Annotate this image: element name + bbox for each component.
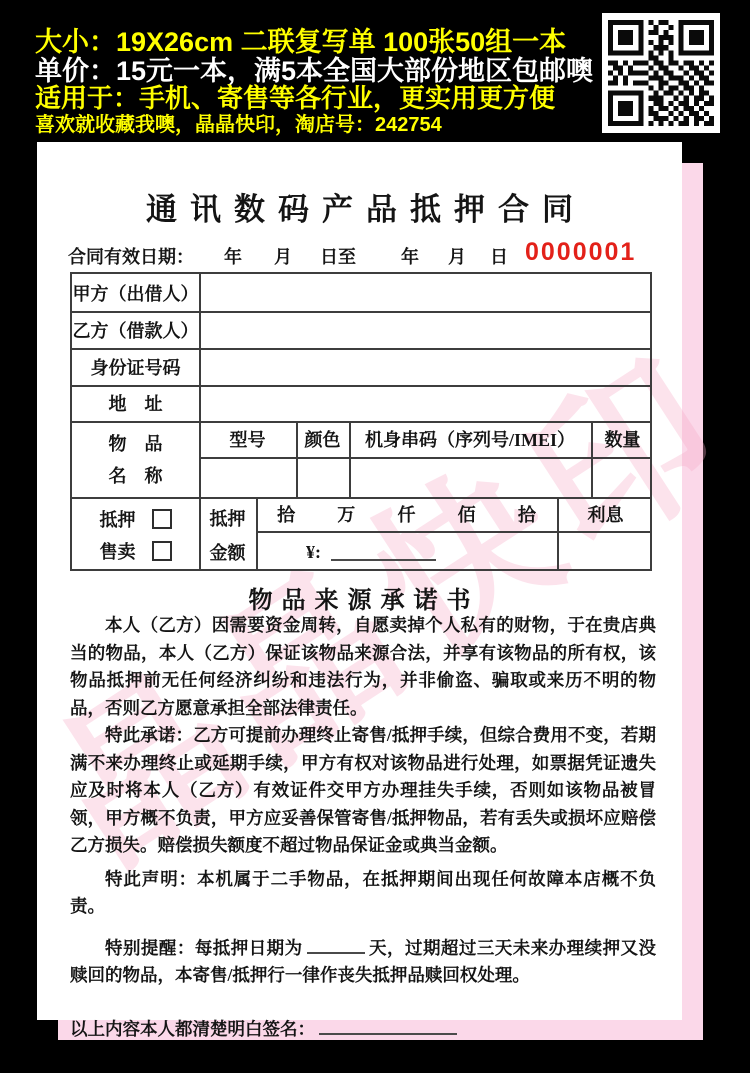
label-pledge-amount: 抵押 金额 (199, 497, 256, 573)
field-party-a (199, 274, 654, 311)
amount-label-line1: 抵押 (210, 505, 246, 531)
option-sell-label: 售卖 (100, 538, 136, 564)
date-month-1: 月 (274, 243, 292, 269)
signature-row: 以上内容本人都清楚明白签名： (70, 1016, 656, 1044)
interest-header: 利息 (557, 497, 654, 531)
statement-paragraph-2: 特此承诺：乙方可提前办理终止寄售/抵押手续，但综合费用不变，若期满不来办理终止或… (70, 722, 656, 860)
date-day-to: 日至 (320, 243, 356, 269)
label-id-number: 身份证号码 (72, 348, 199, 385)
option-sell: 售卖 (100, 538, 172, 564)
field-address (199, 385, 654, 421)
page: 大小：19X26cm 二联复写单 100张50组一本 单价：15元一本，满5本全… (0, 0, 750, 1073)
digit-tens-of-wan: 拾 (277, 501, 295, 527)
date-year-2: 年 (401, 243, 419, 269)
option-pledge: 抵押 (100, 506, 172, 532)
reminder-text-before: 特别提醒：每抵押日期为 (105, 938, 303, 958)
statement-paragraph-3: 特此声明：本机属于二手物品，在抵押期间出现任何故障本店概不负责。 (70, 866, 656, 921)
date-day-2: 日 (490, 243, 508, 269)
date-row-label: 合同有效日期： (68, 243, 194, 269)
signature-blank-line (319, 1018, 457, 1035)
option-pledge-label: 抵押 (100, 506, 136, 532)
digit-hundred: 佰 (458, 501, 476, 527)
digit-thousand: 仟 (397, 501, 415, 527)
qr-code-icon (602, 13, 720, 133)
label-party-a: 甲方（出借人） (72, 274, 199, 311)
amount-entry-cell: ¥: (256, 531, 557, 573)
serial-number: 0000001 (525, 238, 636, 267)
label-address: 地 址 (72, 385, 199, 421)
field-id-number (199, 348, 654, 385)
sell-checkbox (152, 541, 172, 561)
amount-digit-headers: 拾 万 仟 佰 拾 (256, 497, 557, 531)
interest-entry-cell (557, 531, 654, 573)
contract-table: 甲方（出借人） 乙方（借款人） 身份证号码 地 址 物 品 名 称 型号 颜色 … (70, 272, 652, 571)
field-party-b (199, 311, 654, 348)
contract-title: 通讯数码产品抵押合同 (37, 184, 682, 229)
item-label-line2: 名 称 (109, 462, 163, 488)
amount-label-line2: 金额 (210, 539, 246, 565)
currency-symbol: ¥: (306, 542, 321, 563)
pledge-sell-options: 抵押 售卖 (72, 497, 199, 573)
col-header-color: 颜色 (296, 421, 349, 457)
digit-ten: 拾 (518, 501, 536, 527)
item-label-line1: 物 品 (109, 430, 163, 456)
table-line (199, 457, 650, 459)
statement-paragraph-1: 本人（乙方）因需要资金周转，自愿卖掉个人私有的财物，于在贵店典当的物品，本人（乙… (70, 612, 656, 722)
digit-wan: 万 (337, 501, 355, 527)
col-header-model: 型号 (199, 421, 296, 457)
label-party-b: 乙方（借款人） (72, 311, 199, 348)
statement-heading: 物品来源承诺书 (37, 580, 682, 615)
amount-blank-line (331, 544, 436, 561)
days-blank-line (307, 937, 365, 954)
col-header-qty: 数量 (591, 421, 654, 457)
banner-shop-line: 喜欢就收藏我噢，晶晶快印，淘店号：242754 (35, 108, 442, 137)
statement-body: 本人（乙方）因需要资金周转，自愿卖掉个人私有的财物，于在贵店典当的物品，本人（乙… (70, 612, 656, 1043)
signature-label: 以上内容本人都清楚明白签名： (70, 1019, 315, 1039)
statement-paragraph-4: 特别提醒：每抵押日期为天，过期超过三天未来办理续押又没赎回的物品，本寄售/抵押行… (70, 935, 656, 990)
contract-sheet: 晶晶快印 通讯数码产品抵押合同 合同有效日期： 年 月 日至 年 月 日 000… (37, 142, 682, 1020)
date-year-1: 年 (224, 243, 242, 269)
pledge-checkbox (152, 509, 172, 529)
date-month-2: 月 (448, 243, 466, 269)
label-item-name: 物 品 名 称 (72, 421, 199, 497)
col-header-imei: 机身串码（序列号/IMEI） (349, 421, 591, 457)
